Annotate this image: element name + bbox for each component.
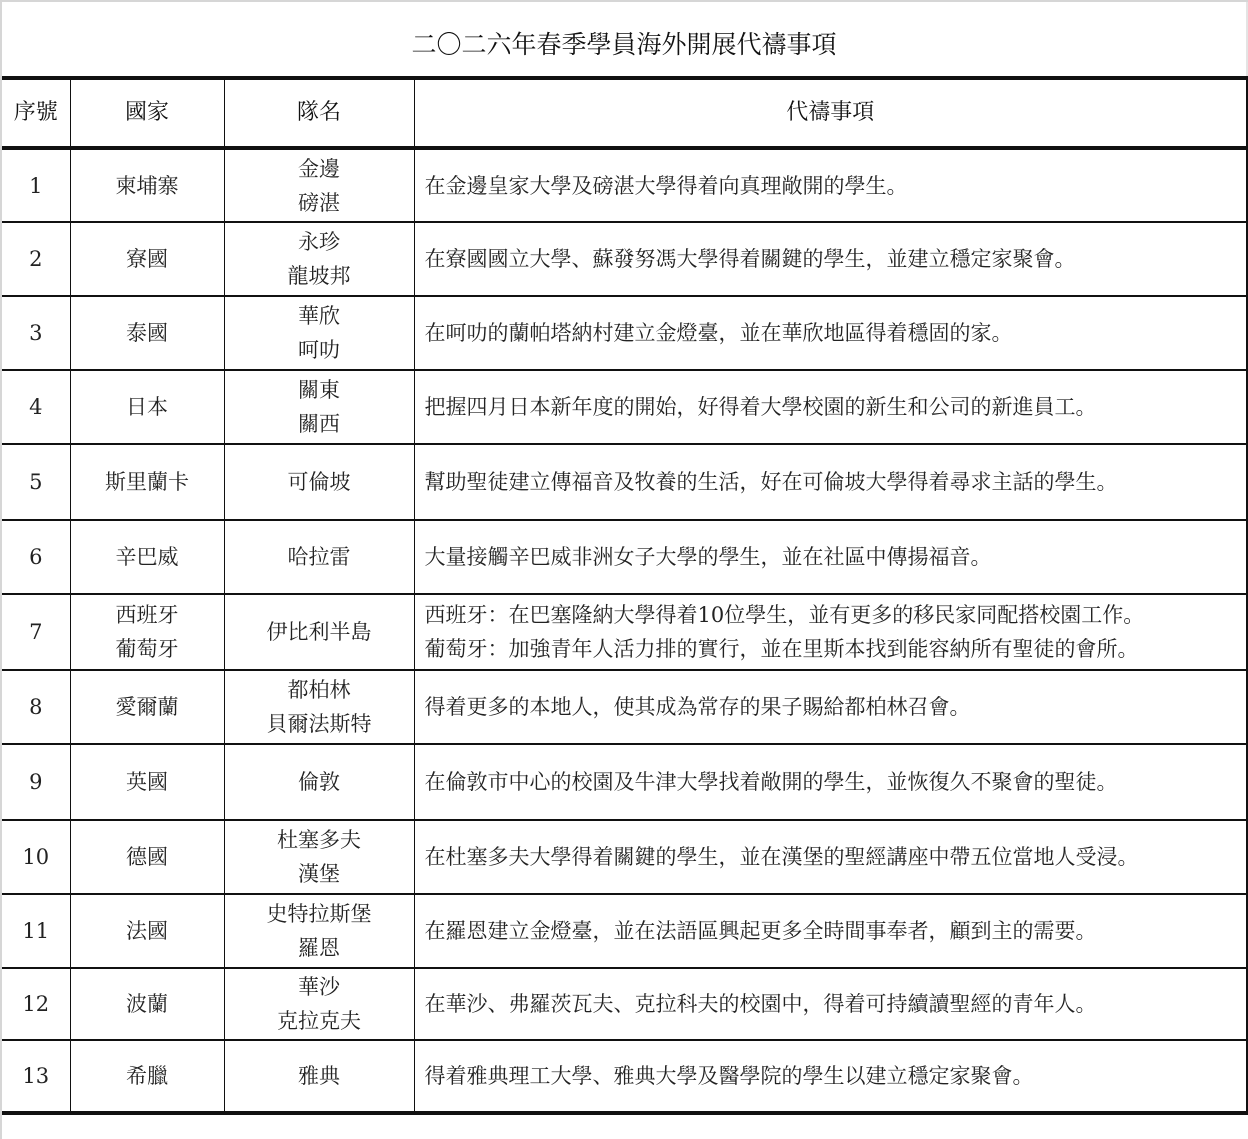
team-cell-line: 伊比利半島 [225,615,414,649]
country-cell: 愛爾蘭 [70,670,224,744]
team-cell-line: 可倫坡 [225,465,414,499]
row-number: 4 [2,370,70,444]
team-cell-line: 華沙 [225,970,414,1004]
prayer-item-cell-line: 在寮國國立大學、蘇發努馮大學得着關鍵的學生，並建立穩定家聚會。 [425,242,1247,276]
header-number: 序號 [2,78,70,148]
prayer-item-cell-line: 在金邊皇家大學及磅湛大學得着向真理敞開的學生。 [425,169,1247,203]
prayer-item-cell: 在杜塞多夫大學得着關鍵的學生，並在漢堡的聖經講座中帶五位當地人受浸。 [414,820,1248,894]
country-cell-line: 西班牙 [71,598,224,632]
prayer-item-cell-line: 在華沙、弗羅茨瓦夫、克拉科夫的校園中，得着可持續讀聖經的青年人。 [425,987,1247,1021]
country-cell: 寮國 [70,222,224,296]
country-cell-line: 辛巴威 [71,540,224,574]
team-cell: 都柏林貝爾法斯特 [224,670,414,744]
team-cell: 華沙克拉克夫 [224,968,414,1040]
table-row: 5斯里蘭卡可倫坡幫助聖徒建立傳福音及牧養的生活，好在可倫坡大學得着尋求主話的學生… [2,444,1248,520]
prayer-item-cell: 在華沙、弗羅茨瓦夫、克拉科夫的校園中，得着可持續讀聖經的青年人。 [414,968,1248,1040]
country-cell-line: 葡萄牙 [71,632,224,666]
document-page: 二〇二六年春季學員海外開展代禱事項 序號 國家 隊名 代禱事項 1柬埔寨金邊磅湛… [0,0,1248,1139]
team-cell: 永珍龍坡邦 [224,222,414,296]
row-number: 5 [2,444,70,520]
team-cell-line: 貝爾法斯特 [225,707,414,741]
header-team: 隊名 [224,78,414,148]
team-cell: 雅典 [224,1040,414,1113]
table-row: 4日本關東關西把握四月日本新年度的開始，好得着大學校園的新生和公司的新進員工。 [2,370,1248,444]
country-cell: 德國 [70,820,224,894]
table-row: 10德國杜塞多夫漢堡在杜塞多夫大學得着關鍵的學生，並在漢堡的聖經講座中帶五位當地… [2,820,1248,894]
prayer-item-cell: 在金邊皇家大學及磅湛大學得着向真理敞開的學生。 [414,148,1248,222]
country-cell-line: 希臘 [71,1059,224,1093]
team-cell: 伊比利半島 [224,594,414,670]
title-block: 二〇二六年春季學員海外開展代禱事項 [2,2,1248,76]
team-cell-line: 龍坡邦 [225,259,414,293]
country-cell: 斯里蘭卡 [70,444,224,520]
prayer-item-cell: 西班牙：在巴塞隆納大學得着10位學生，並有更多的移民家同配搭校園工作。葡萄牙：加… [414,594,1248,670]
team-cell-line: 雅典 [225,1059,414,1093]
country-cell-line: 柬埔寨 [71,169,224,203]
team-cell-line: 關西 [225,407,414,441]
team-cell-line: 漢堡 [225,857,414,891]
team-cell-line: 金邊 [225,152,414,186]
prayer-item-cell-line: 大量接觸辛巴威非洲女子大學的學生，並在社區中傳揚福音。 [425,540,1247,574]
country-cell: 西班牙葡萄牙 [70,594,224,670]
country-cell-line: 法國 [71,914,224,948]
row-number: 6 [2,520,70,594]
team-cell-line: 克拉克夫 [225,1004,414,1038]
table-row: 11法國史特拉斯堡羅恩在羅恩建立金燈臺，並在法語區興起更多全時間事奉者，顧到主的… [2,894,1248,968]
country-cell: 法國 [70,894,224,968]
country-cell: 柬埔寨 [70,148,224,222]
prayer-item-cell-line: 在呵叻的蘭帕塔納村建立金燈臺，並在華欣地區得着穩固的家。 [425,316,1247,350]
team-cell: 華欣呵叻 [224,296,414,370]
team-cell-line: 磅湛 [225,186,414,220]
row-number: 11 [2,894,70,968]
country-cell: 希臘 [70,1040,224,1113]
country-cell: 波蘭 [70,968,224,1040]
prayer-item-cell: 大量接觸辛巴威非洲女子大學的學生，並在社區中傳揚福音。 [414,520,1248,594]
team-cell-line: 都柏林 [225,673,414,707]
header-prayer-item: 代禱事項 [414,78,1248,148]
row-number: 13 [2,1040,70,1113]
table-header-row: 序號 國家 隊名 代禱事項 [2,78,1248,148]
country-cell: 泰國 [70,296,224,370]
prayer-item-cell-line: 把握四月日本新年度的開始，好得着大學校園的新生和公司的新進員工。 [425,390,1247,424]
table-row: 2寮國永珍龍坡邦在寮國國立大學、蘇發努馮大學得着關鍵的學生，並建立穩定家聚會。 [2,222,1248,296]
row-number: 12 [2,968,70,1040]
team-cell-line: 羅恩 [225,931,414,965]
prayer-item-cell-line: 在羅恩建立金燈臺，並在法語區興起更多全時間事奉者，顧到主的需要。 [425,914,1247,948]
team-cell: 杜塞多夫漢堡 [224,820,414,894]
prayer-item-cell-line: 在倫敦市中心的校園及牛津大學找着敞開的學生，並恢復久不聚會的聖徒。 [425,765,1247,799]
table-row: 13希臘雅典得着雅典理工大學、雅典大學及醫學院的學生以建立穩定家聚會。 [2,1040,1248,1113]
table-row: 8愛爾蘭都柏林貝爾法斯特得着更多的本地人，使其成為常存的果子賜給都柏林召會。 [2,670,1248,744]
prayer-item-cell-line: 在杜塞多夫大學得着關鍵的學生，並在漢堡的聖經講座中帶五位當地人受浸。 [425,840,1247,874]
team-cell: 哈拉雷 [224,520,414,594]
country-cell-line: 英國 [71,765,224,799]
team-cell: 倫敦 [224,744,414,820]
team-cell: 史特拉斯堡羅恩 [224,894,414,968]
team-cell-line: 關東 [225,373,414,407]
country-cell-line: 斯里蘭卡 [71,465,224,499]
page-title: 二〇二六年春季學員海外開展代禱事項 [411,25,836,61]
table-body: 1柬埔寨金邊磅湛在金邊皇家大學及磅湛大學得着向真理敞開的學生。2寮國永珍龍坡邦在… [2,148,1248,1113]
row-number: 7 [2,594,70,670]
prayer-item-cell-line: 葡萄牙：加強青年人活力排的實行，並在里斯本找到能容納所有聖徒的會所。 [425,632,1247,666]
team-cell-line: 史特拉斯堡 [225,897,414,931]
country-cell-line: 波蘭 [71,987,224,1021]
row-number: 3 [2,296,70,370]
country-cell: 英國 [70,744,224,820]
team-cell: 可倫坡 [224,444,414,520]
prayer-item-cell: 在倫敦市中心的校園及牛津大學找着敞開的學生，並恢復久不聚會的聖徒。 [414,744,1248,820]
prayer-item-cell: 幫助聖徒建立傳福音及牧養的生活，好在可倫坡大學得着尋求主話的學生。 [414,444,1248,520]
country-cell: 辛巴威 [70,520,224,594]
row-number: 8 [2,670,70,744]
team-cell-line: 華欣 [225,299,414,333]
row-number: 9 [2,744,70,820]
row-number: 10 [2,820,70,894]
team-cell: 金邊磅湛 [224,148,414,222]
country-cell: 日本 [70,370,224,444]
prayer-item-cell: 在羅恩建立金燈臺，並在法語區興起更多全時間事奉者，顧到主的需要。 [414,894,1248,968]
table-row: 9英國倫敦在倫敦市中心的校園及牛津大學找着敞開的學生，並恢復久不聚會的聖徒。 [2,744,1248,820]
row-number: 2 [2,222,70,296]
prayer-item-cell-line: 得着雅典理工大學、雅典大學及醫學院的學生以建立穩定家聚會。 [425,1059,1247,1093]
prayer-item-cell: 在呵叻的蘭帕塔納村建立金燈臺，並在華欣地區得着穩固的家。 [414,296,1248,370]
team-cell-line: 呵叻 [225,333,414,367]
prayer-item-cell-line: 幫助聖徒建立傳福音及牧養的生活，好在可倫坡大學得着尋求主話的學生。 [425,465,1247,499]
table-row: 12波蘭華沙克拉克夫在華沙、弗羅茨瓦夫、克拉科夫的校園中，得着可持續讀聖經的青年… [2,968,1248,1040]
country-cell-line: 泰國 [71,316,224,350]
country-cell-line: 愛爾蘭 [71,690,224,724]
prayer-item-cell: 得着更多的本地人，使其成為常存的果子賜給都柏林召會。 [414,670,1248,744]
prayer-item-cell: 把握四月日本新年度的開始，好得着大學校園的新生和公司的新進員工。 [414,370,1248,444]
table-row: 6辛巴威哈拉雷大量接觸辛巴威非洲女子大學的學生，並在社區中傳揚福音。 [2,520,1248,594]
team-cell-line: 永珍 [225,225,414,259]
prayer-items-table: 序號 國家 隊名 代禱事項 1柬埔寨金邊磅湛在金邊皇家大學及磅湛大學得着向真理敞… [2,76,1248,1115]
country-cell-line: 德國 [71,840,224,874]
team-cell-line: 杜塞多夫 [225,823,414,857]
table-row: 3泰國華欣呵叻在呵叻的蘭帕塔納村建立金燈臺，並在華欣地區得着穩固的家。 [2,296,1248,370]
prayer-item-cell: 在寮國國立大學、蘇發努馮大學得着關鍵的學生，並建立穩定家聚會。 [414,222,1248,296]
table-row: 7西班牙葡萄牙伊比利半島西班牙：在巴塞隆納大學得着10位學生，並有更多的移民家同… [2,594,1248,670]
header-country: 國家 [70,78,224,148]
prayer-item-cell-line: 得着更多的本地人，使其成為常存的果子賜給都柏林召會。 [425,690,1247,724]
team-cell-line: 哈拉雷 [225,540,414,574]
prayer-item-cell-line: 西班牙：在巴塞隆納大學得着10位學生，並有更多的移民家同配搭校園工作。 [425,598,1247,632]
country-cell-line: 日本 [71,390,224,424]
row-number: 1 [2,148,70,222]
prayer-item-cell: 得着雅典理工大學、雅典大學及醫學院的學生以建立穩定家聚會。 [414,1040,1248,1113]
team-cell-line: 倫敦 [225,765,414,799]
table-row: 1柬埔寨金邊磅湛在金邊皇家大學及磅湛大學得着向真理敞開的學生。 [2,148,1248,222]
team-cell: 關東關西 [224,370,414,444]
country-cell-line: 寮國 [71,242,224,276]
